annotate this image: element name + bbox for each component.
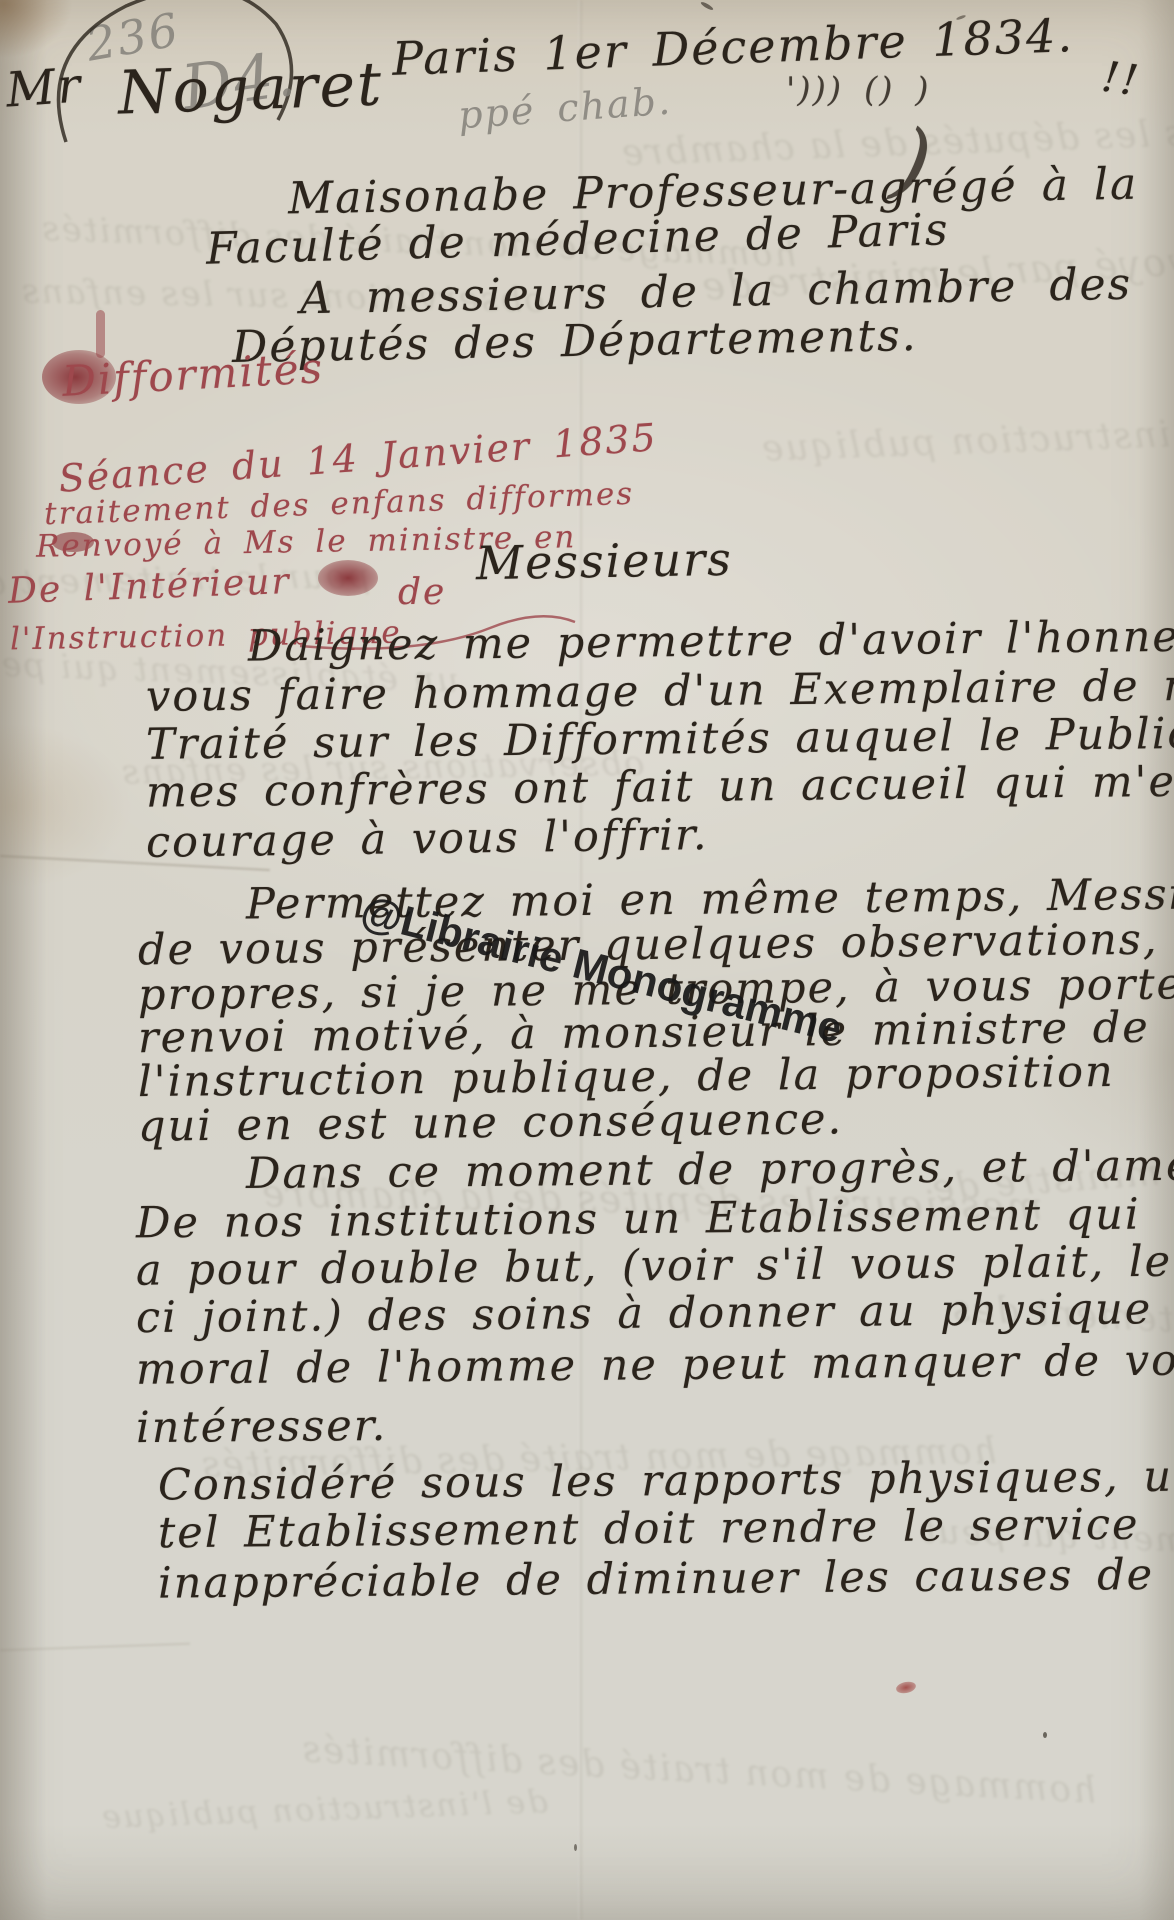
ink-speck	[1043, 1732, 1047, 1738]
body-line: tel Etablissement doit rendre le service	[158, 1500, 1140, 1559]
ghost-text: de l'instruction publique	[99, 1782, 548, 1836]
letter-page: messieurs les députés de la chambre homm…	[0, 0, 1174, 1920]
red-ink-blot	[318, 560, 378, 596]
ink-exclamation-marks: !!	[1099, 52, 1143, 106]
ghost-text: de l'instruction publique	[759, 411, 1174, 469]
recipient-prefix: Mr	[4, 57, 84, 118]
body-line: ci joint.) des soins à donner au physiqu…	[136, 1283, 1174, 1343]
red-ink-drip	[96, 310, 105, 358]
body-line: intéresser.	[136, 1401, 388, 1453]
red-note-interieur: De l'Intérieur	[7, 561, 291, 612]
body-line: qui en est une conséquence.	[138, 1094, 844, 1151]
pencil-note: ppé chab.	[457, 79, 674, 138]
dateline: Paris 1er Décembre 1834.	[391, 8, 1075, 86]
body-line: courage à vous l'offrir.	[146, 810, 709, 868]
ink-speck	[700, 1, 714, 11]
horizontal-crease	[0, 1643, 190, 1652]
header-line-4: Députés des Départements.	[232, 310, 918, 373]
body-line: inappréciable de diminuer les causes de …	[158, 1549, 1174, 1608]
ink-speck	[574, 1844, 577, 1851]
body-line: moral de l'homme ne peut manquer de vous	[136, 1335, 1174, 1395]
recipient-name: Nogaret	[117, 49, 384, 128]
red-note-de: de	[398, 572, 446, 613]
body-line: mes confrères ont fait un accueil qui m'…	[146, 756, 1174, 817]
red-speck	[895, 1680, 917, 1695]
ink-tick-marks: '))) () )	[786, 70, 931, 110]
salutation: Messieurs	[476, 532, 734, 590]
